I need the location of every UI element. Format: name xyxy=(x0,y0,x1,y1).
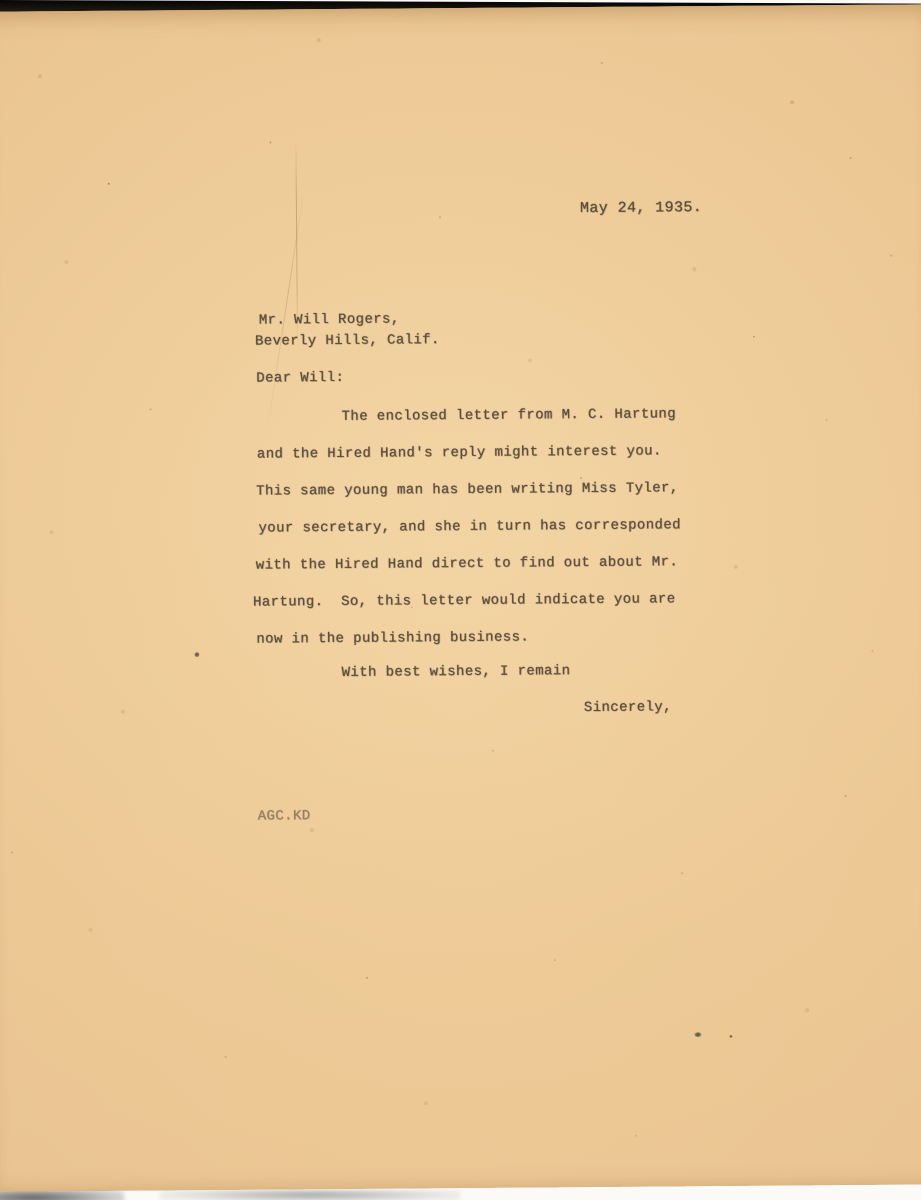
body-line: This same young man has been writing Mis… xyxy=(256,480,679,499)
salutation-line: Dear Will: xyxy=(256,370,344,387)
body-line: your secretary, and she in turn has corr… xyxy=(258,517,681,536)
scanned-letter-page: May 24, 1935. Mr. Will Rogers, Beverly H… xyxy=(0,0,921,1200)
ink-speck xyxy=(729,1035,732,1038)
body-line: and the Hired Hand's reply might interes… xyxy=(257,443,662,462)
body-line: Hartung. So, this letter would indicate … xyxy=(253,591,676,610)
signoff-line: Sincerely, xyxy=(584,699,672,716)
ink-speck xyxy=(694,1032,701,1037)
paper: May 24, 1935. Mr. Will Rogers, Beverly H… xyxy=(0,4,921,1191)
ink-speck xyxy=(194,652,199,657)
body-line: with the Hired Hand direct to find out a… xyxy=(256,554,679,573)
typist-initials-line: AGC.KD xyxy=(258,808,311,824)
closing-line: With best wishes, I remain xyxy=(342,663,571,681)
bottom-center-scan-shadow xyxy=(160,1190,460,1200)
date-line: May 24, 1935. xyxy=(580,200,702,217)
body-line: now in the publishing business. xyxy=(256,629,529,647)
recipient-name-line: Mr. Will Rogers, xyxy=(259,311,400,328)
body-line: The enclosed letter from M. C. Hartung xyxy=(342,406,677,425)
recipient-address-line: Beverly Hills, Calif. xyxy=(255,332,440,349)
